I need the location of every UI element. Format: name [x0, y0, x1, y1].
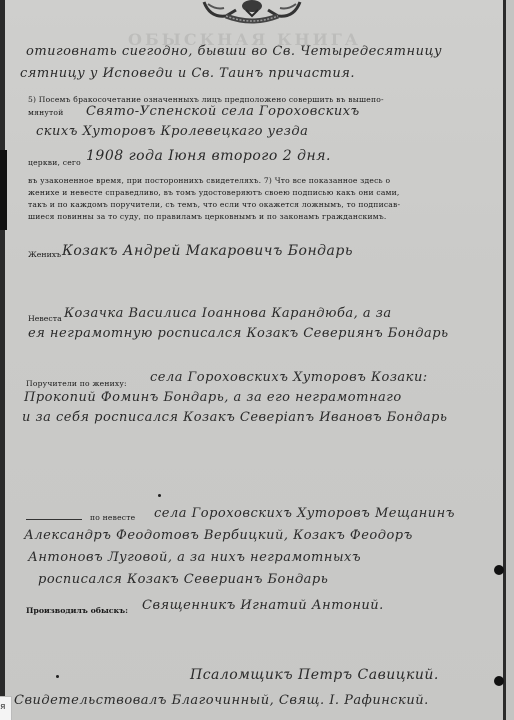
- imperial-eagle-emblem-icon: [196, 0, 308, 26]
- ink-dot: [56, 675, 59, 678]
- dean-witness-signature: Свидетельствовалъ Благочинный, Свящ. I. …: [14, 693, 429, 708]
- church-name-handwriting: Свято-Успенской села Гороховскихъ: [86, 104, 360, 119]
- bride-guarantors-line-2: Александръ Феодотовъ Вербицкий, Козакъ Ф…: [24, 528, 413, 543]
- section5-printed-label: мянутой: [28, 108, 63, 117]
- bride-signature-line-2: ея неграмотную росписался Козакъ Северия…: [28, 326, 449, 341]
- section5-body-line-3: такъ и по каждомъ поручители, съ темъ, ч…: [28, 200, 400, 209]
- church-label: церкви, сего: [28, 158, 81, 167]
- groom-guarantors-label: Поручители по жениху:: [26, 379, 127, 388]
- groom-guarantors-line-1: села Гороховскихъ Хуторовъ Козаки:: [150, 370, 428, 385]
- intro-handwriting-line-2: сятницу у Исповеди и Св. Таинъ причастия…: [20, 66, 355, 81]
- ink-blot: [494, 676, 504, 686]
- village-uezd-handwriting: скихъ Хуторовъ Кролевецкаго уезда: [36, 124, 308, 139]
- bride-guarantors-line-4: росписался Козакъ Северианъ Бондарь: [38, 572, 328, 587]
- groom-label: Женихъ: [28, 250, 61, 259]
- priest-signature: Священникъ Игнатий Антоний.: [142, 598, 384, 613]
- left-border: [0, 0, 5, 720]
- date-handwriting: 1908 года Iюня второго 2 дня.: [86, 148, 331, 164]
- bride-guarantors-label: по невесте: [90, 513, 135, 522]
- section5-body-line-4: шиеся повинны за то суду, по правиламъ ц…: [28, 212, 387, 221]
- conducted-search-label: Производилъ обыскъ:: [26, 606, 128, 615]
- groom-guarantors-line-2: Прокопий Фоминъ Бондарь, а за его неграм…: [24, 390, 402, 405]
- psalmist-signature: Псаломщикъ Петръ Савицкий.: [190, 667, 439, 683]
- section5-printed-line-1: 5) Посемъ бракосочетание означенныхъ лиц…: [28, 95, 384, 104]
- bride-guarantors-rule: [26, 519, 82, 520]
- groom-guarantors-line-3: и за себя росписался Козакъ Северianъ Ив…: [22, 410, 447, 425]
- bride-label: Невеста: [28, 314, 62, 323]
- bride-signature-line-1: Козачка Василиса Iоаннова Карандюба, а з…: [64, 306, 392, 321]
- left-border-shadow: [0, 150, 7, 230]
- corner-tab[interactable]: я: [0, 696, 12, 720]
- groom-signature: Козакъ Андрей Макаровичъ Бондарь: [62, 243, 353, 259]
- intro-handwriting-line-1: отиговнать сиегодно, бывши во Св. Четыре…: [26, 44, 442, 59]
- document-page: ОБЫСКНАЯ КНИГА отиговнать сиегодно, бывш…: [0, 0, 514, 720]
- right-margin: [506, 0, 514, 720]
- section5-body-line-2: женихе и невесте справедливо, въ томъ уд…: [28, 188, 400, 197]
- ink-blot: [494, 565, 504, 575]
- section5-body-line-1: въ узаконенное время, при постороннихъ с…: [28, 176, 390, 185]
- bride-guarantors-line-1: села Гороховскихъ Хуторовъ Мещанинъ: [154, 506, 455, 521]
- ink-dot: [158, 494, 161, 497]
- bride-guarantors-line-3: Антоновъ Луговой, а за нихъ неграмотныхъ: [28, 550, 361, 565]
